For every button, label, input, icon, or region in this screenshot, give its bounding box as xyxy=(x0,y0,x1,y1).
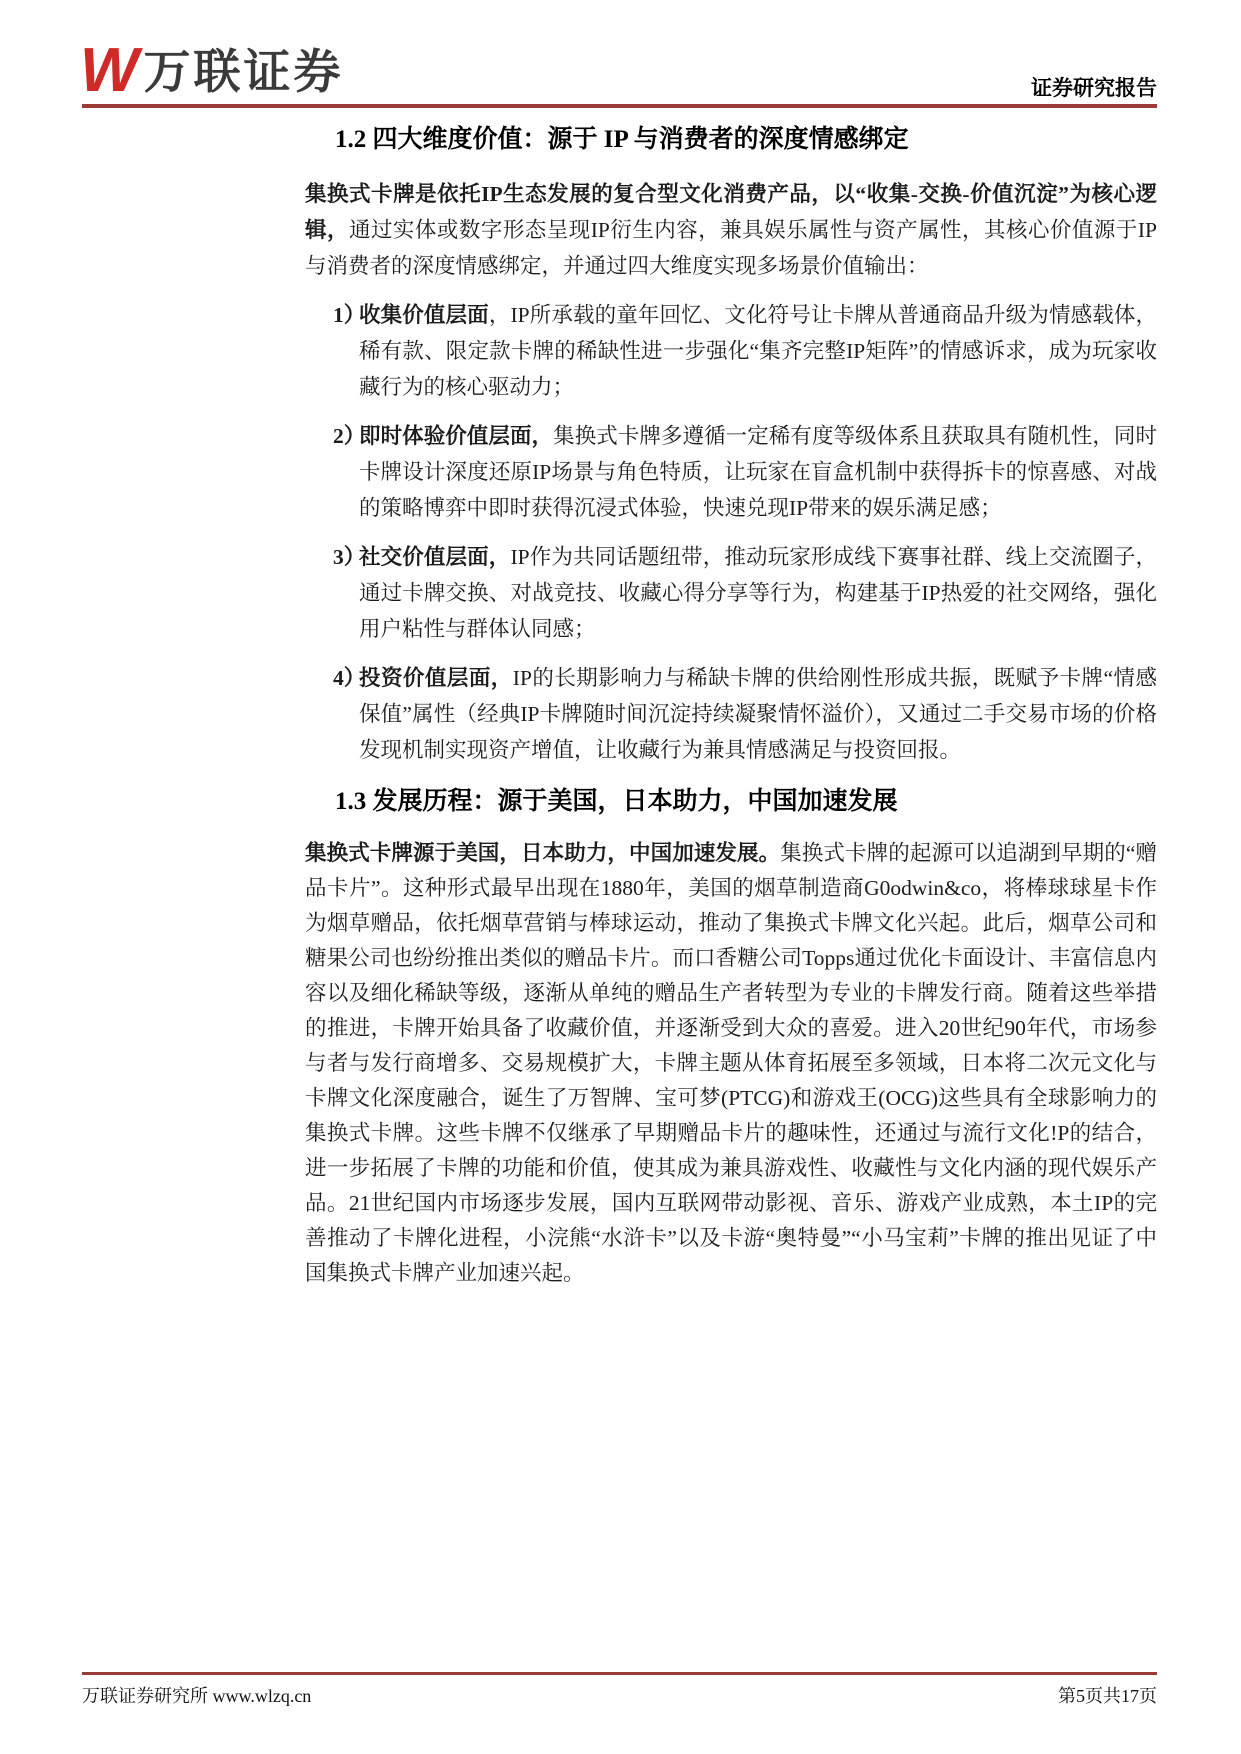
intro-rest-text: 通过实体或数字形态呈现IP衍生内容，兼具娱乐属性与资产属性，其核心价值源于IP与… xyxy=(305,218,1157,278)
list-marker: 1） xyxy=(333,297,365,333)
section-1-3-heading: 1.3 发展历程：源于美国，日本助力，中国加速发展 xyxy=(335,786,1157,818)
section-1-2-heading: 1.2 四大维度价值：源于 IP 与消费者的深度情感绑定 xyxy=(335,124,1157,156)
list-item-investment-value: 4）投资价值层面，IP的长期影响力与稀缺卡牌的供给刚性形成共振，既赋予卡牌“情感… xyxy=(333,660,1157,768)
list-item-lead: 投资价值层面， xyxy=(359,666,513,690)
list-item-lead: 收集价值层面 xyxy=(359,303,489,327)
list-item-social-value: 3）社交价值层面，IP作为共同话题纽带，推动玩家形成线下赛事社群、线上交流圈子，… xyxy=(333,539,1157,647)
footer-page-number: 第5页共17页 xyxy=(1058,1682,1157,1708)
list-item-lead: 社交价值层面， xyxy=(359,545,510,569)
section-1-2-intro-paragraph: 集换式卡牌是依托IP生态发展的复合型文化消费产品，以“收集-交换-价值沉淀”为核… xyxy=(305,176,1157,284)
section-1-3-paragraph: 集换式卡牌源于美国，日本助力，中国加速发展。集换式卡牌的起源可以追湖到早期的“赠… xyxy=(305,836,1157,1291)
report-page: W 万联证券 证券研究报告 1.2 四大维度价值：源于 IP 与消费者的深度情感… xyxy=(0,0,1241,1754)
logo-w-icon: W xyxy=(80,42,136,100)
document-body: 1.2 四大维度价值：源于 IP 与消费者的深度情感绑定 集换式卡牌是依托IP生… xyxy=(305,124,1157,1291)
list-item-experience-value: 2）即时体验价值层面，集换式卡牌多遵循一定稀有度等级体系且获取具有随机性，同时卡… xyxy=(333,418,1157,526)
history-rest-text: 集换式卡牌的起源可以追湖到早期的“赠品卡片”。这种形式最早出现在1880年，美国… xyxy=(305,841,1157,1285)
list-item-lead: 即时体验价值层面， xyxy=(359,424,553,448)
header-divider xyxy=(82,104,1157,108)
footer-divider xyxy=(82,1672,1157,1675)
history-bold-lead: 集换式卡牌源于美国，日本助力，中国加速发展。 xyxy=(305,841,780,865)
logo-company-name: 万联证券 xyxy=(144,42,344,102)
report-type-label: 证券研究报告 xyxy=(1031,72,1157,102)
company-logo: W 万联证券 xyxy=(80,42,344,102)
value-dimension-list: 1）收集价值层面，IP所承载的童年回忆、文化符号让卡牌从普通商品升级为情感载体，… xyxy=(305,297,1157,768)
list-marker: 4） xyxy=(333,660,365,696)
list-marker: 2） xyxy=(333,418,365,454)
footer-institute-and-website: 万联证券研究所 www.wlzq.cn xyxy=(82,1682,311,1708)
list-item-collect-value: 1）收集价值层面，IP所承载的童年回忆、文化符号让卡牌从普通商品升级为情感载体，… xyxy=(333,297,1157,405)
list-marker: 3） xyxy=(333,539,365,575)
